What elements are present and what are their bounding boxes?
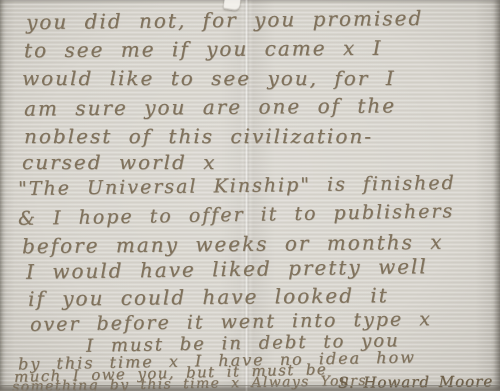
letter-line: noblest of this civilization-	[24, 126, 373, 146]
letter-line: I would have liked pretty well	[26, 256, 428, 282]
letter-line: "The Universal Kinship" is finished	[18, 174, 456, 199]
letter-line: if you could have looked it	[28, 285, 389, 309]
letter-line: cursed world x	[22, 152, 216, 172]
letter-page: you did not, for you promised to see me …	[0, 0, 500, 391]
letter-line: before many weeks or months x	[22, 232, 444, 256]
paper-bottom-edge	[0, 385, 500, 391]
letter-line: am sure you are one of the	[24, 95, 396, 118]
letter-line: to see me if you came x I	[24, 38, 383, 61]
letter-line: would like to see you, for I	[22, 68, 396, 88]
letter-line: you did not, for you promised	[26, 8, 423, 32]
letter-line: & I hope to offer it to publishers	[18, 202, 455, 229]
